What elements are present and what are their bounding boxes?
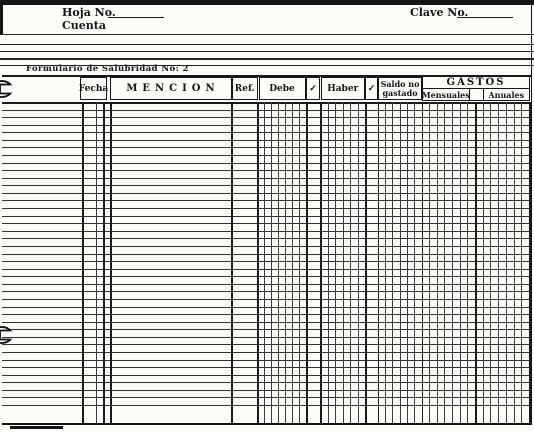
writing-line (0, 65, 534, 66)
mensuales-label: Mensuales (422, 90, 470, 100)
ledger-grid (0, 0, 534, 432)
column-border (365, 102, 367, 423)
column-border (82, 102, 84, 423)
sub-column-line (385, 102, 386, 423)
checkmark-icon: ✓ (368, 84, 376, 94)
sub-column-line (350, 102, 351, 423)
column-header-check-haber: ✓ (365, 77, 378, 100)
saldo-label-line2: gastado (382, 89, 417, 98)
column-header-mensuales: Mensuales (423, 89, 469, 100)
sub-column-line (414, 102, 415, 423)
sub-column-line (400, 102, 401, 423)
sub-column-line (299, 102, 300, 423)
scanned-ledger-form: Hoja No. Cuenta Clave No. Formulario de … (0, 0, 534, 432)
sub-column-line (521, 102, 522, 423)
sub-column-line (407, 102, 408, 423)
ref-label: Ref. (235, 84, 255, 94)
sub-column-line (358, 102, 359, 423)
sub-column-line (506, 102, 507, 423)
column-border (422, 102, 424, 423)
sub-column-line (285, 102, 286, 423)
column-border (103, 102, 105, 423)
sub-column-line (460, 102, 461, 423)
column-border (320, 102, 322, 423)
sub-column-line (490, 102, 491, 423)
gastos-label: GASTOS (423, 77, 529, 88)
sub-column-line (335, 102, 336, 423)
sub-column-line (264, 102, 265, 423)
column-border (306, 102, 308, 423)
column-header-check-debe: ✓ (306, 77, 320, 100)
column-header-gastos-group: GASTOS Mensuales Anuales (422, 76, 530, 101)
writing-line (0, 34, 534, 35)
sub-column-line (392, 102, 393, 423)
column-border (110, 102, 112, 423)
column-header-saldo-no-gastado: Saldo no gastado (378, 77, 422, 100)
column-border (475, 102, 477, 423)
sub-column-line (96, 102, 97, 423)
sub-column-line (278, 102, 279, 423)
sub-column-line (437, 102, 438, 423)
column-header-haber: Haber (321, 77, 366, 100)
writing-line (0, 51, 534, 52)
sub-column-line (271, 102, 272, 423)
column-header-ref: Ref. (232, 77, 259, 100)
gastos-subheader-row: Mensuales Anuales (423, 88, 529, 100)
sub-column-line (328, 102, 329, 423)
sub-column-line (444, 102, 445, 423)
column-border (257, 102, 259, 423)
gastos-blank-cell (469, 89, 483, 100)
column-header-mencion: MENCION (110, 77, 232, 100)
sub-column-line (498, 102, 499, 423)
column-header-anuales: Anuales (483, 89, 530, 100)
sub-column-line (483, 102, 484, 423)
writing-line (0, 44, 534, 45)
checkmark-icon: ✓ (309, 84, 317, 94)
sub-column-line (292, 102, 293, 423)
column-border (529, 102, 531, 423)
binder-hole-bottom (0, 324, 34, 346)
sub-column-line (452, 102, 453, 423)
debe-label: Debe (269, 84, 295, 94)
column-header-fecha: Fecha (80, 77, 107, 100)
anuales-label: Anuales (488, 90, 524, 100)
sub-column-line (429, 102, 430, 423)
column-header-debe: Debe (259, 77, 306, 100)
sub-column-line (343, 102, 344, 423)
writing-line (0, 58, 534, 59)
page-bottom-edge-mark (10, 426, 63, 429)
column-border (378, 102, 380, 423)
sub-column-line (514, 102, 515, 423)
binder-hole-top (0, 78, 34, 100)
sub-column-line (467, 102, 468, 423)
mencion-label: MENCION (126, 83, 219, 94)
fecha-label: Fecha (79, 84, 108, 94)
haber-label: Haber (327, 84, 358, 94)
column-border (231, 102, 233, 423)
